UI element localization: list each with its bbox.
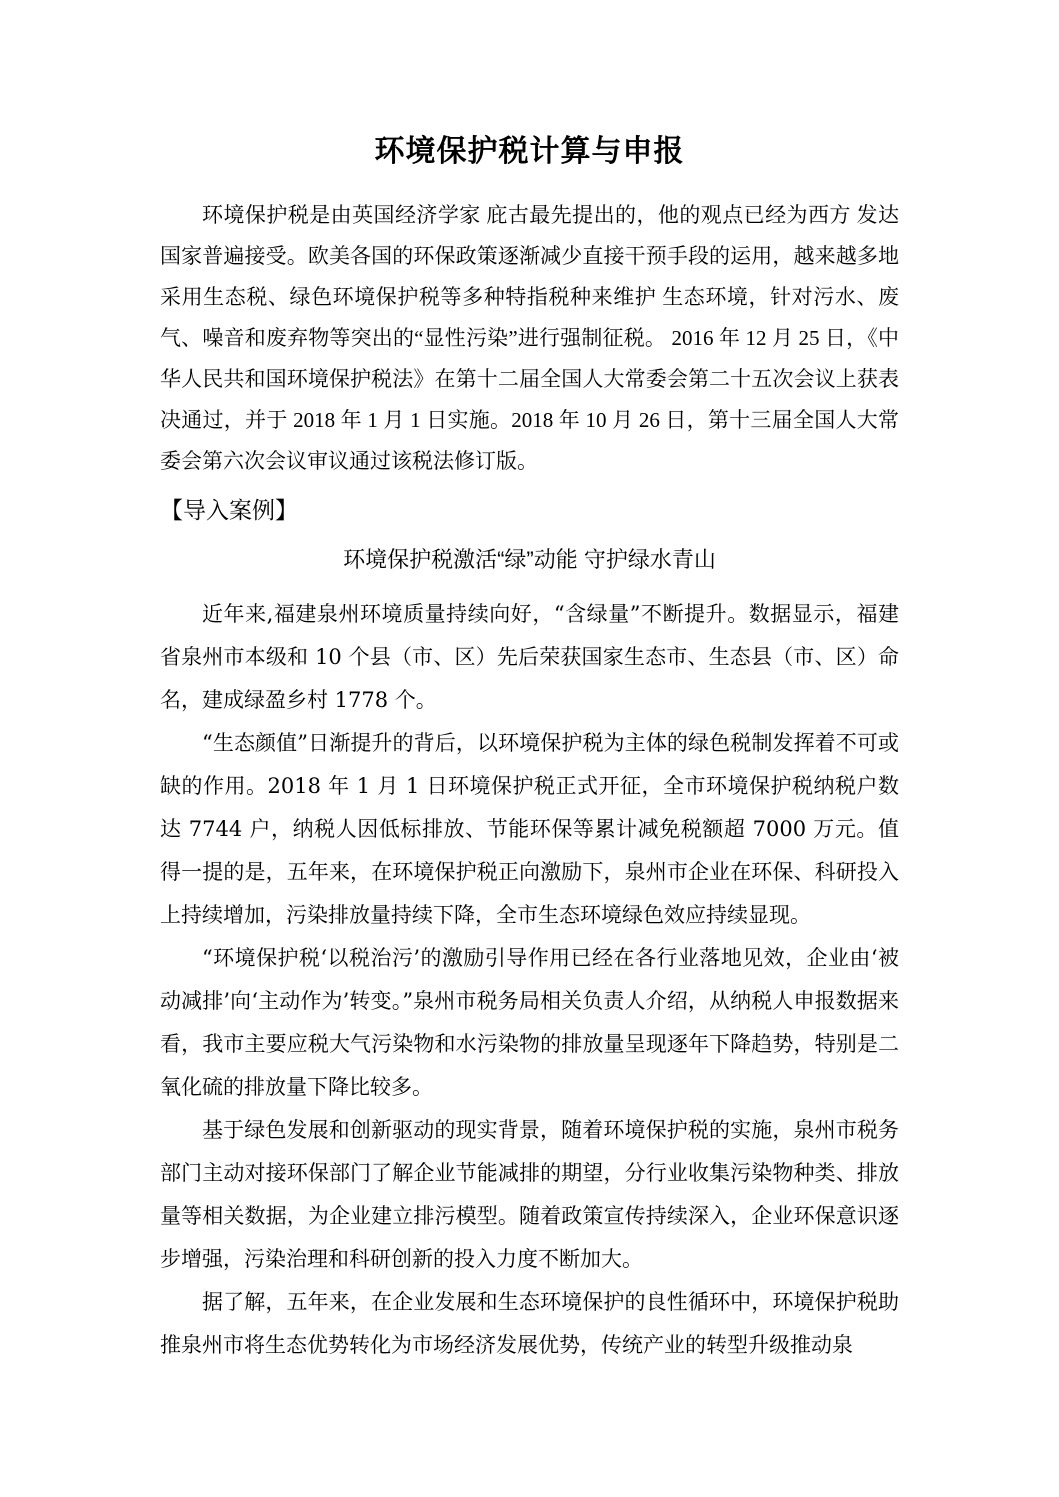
intro-paragraph: 环境保护税是由英国经济学家 庇古最先提出的，他的观点已经为西方 发达国家普遍接受… — [160, 195, 899, 482]
case-paragraph: 近年来,福建泉州环境质量持续向好，“含绿量”不断提升。数据显示，福建省泉州市本级… — [160, 593, 899, 722]
page-title: 环境保护税计算与申报 — [160, 130, 899, 174]
section-heading: 【导入案例】 — [160, 490, 899, 531]
document-page: 环境保护税计算与申报 环境保护税是由英国经济学家 庇古最先提出的，他的观点已经为… — [0, 0, 1059, 1497]
case-title: 环境保护税激活“绿”动能 守护绿水青山 — [160, 544, 899, 576]
case-paragraph: “环境保护税‘以税治污’的激励引导作用已经在各行业落地见效，企业由‘被动减排’向… — [160, 937, 899, 1109]
case-paragraph: 据了解，五年来，在企业发展和生态环境保护的良性循环中，环境保护税助推泉州市将生态… — [160, 1281, 899, 1367]
case-paragraph: 基于绿色发展和创新驱动的现实背景，随着环境保护税的实施，泉州市税务部门主动对接环… — [160, 1109, 899, 1281]
case-paragraph: “生态颜值”日渐提升的背后，以环境保护税为主体的绿色税制发挥着不可或缺的作用。2… — [160, 722, 899, 937]
case-study-section: 近年来,福建泉州环境质量持续向好，“含绿量”不断提升。数据显示，福建省泉州市本级… — [160, 593, 899, 1367]
